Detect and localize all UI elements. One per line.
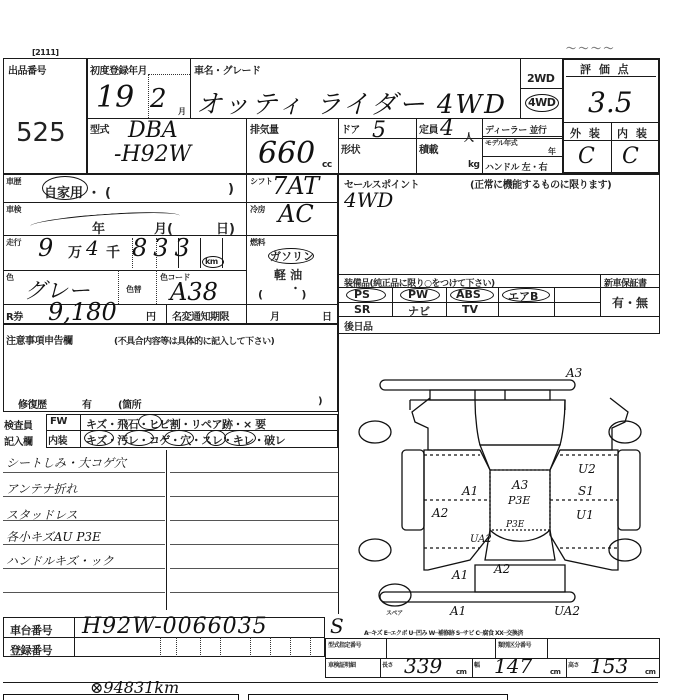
- exterior-label: 外 装: [570, 125, 602, 141]
- repair-value: 有: [82, 396, 92, 411]
- displacement-value: 660: [258, 136, 315, 171]
- drive-4wd: 4WD: [528, 96, 555, 109]
- interior-label: 内 装: [617, 125, 649, 141]
- repair-label: 修復歴: [18, 396, 47, 411]
- mileage-man: 9: [38, 234, 53, 262]
- mark-roof-sub: P3E: [508, 494, 530, 507]
- model-label: 型式: [90, 121, 109, 136]
- color-code: A38: [170, 278, 218, 306]
- model-code-line2: -H92W: [114, 142, 191, 167]
- spare-label: スペア: [386, 608, 403, 617]
- car-name: オッティ ライダー 4WD: [196, 84, 507, 121]
- capacity-label: 定員: [419, 121, 438, 136]
- mark-rear-bumper-right: UA2: [554, 604, 580, 618]
- note-line-2: アンテナ折れ: [6, 480, 78, 497]
- equip-airbag: エアB: [508, 288, 538, 304]
- equip-abs: ABS: [456, 288, 481, 301]
- shift-label: シフト: [250, 176, 273, 187]
- displacement-label: 排気量: [250, 121, 279, 136]
- width-value: 147: [494, 654, 532, 678]
- mark-right-front-door2: S1: [578, 484, 594, 498]
- score-label: 評 価 点: [580, 61, 631, 77]
- equip-sr: SR: [354, 303, 370, 316]
- entry-label: 記入欄: [4, 433, 33, 448]
- first-reg-month: 2: [150, 84, 167, 114]
- dims-label: 車検証明細: [328, 660, 356, 669]
- inspection-label: 車検: [6, 204, 21, 215]
- fw-label: FW: [50, 416, 67, 427]
- mileage-sen: 4: [86, 236, 99, 260]
- length-label: 長さ: [382, 660, 393, 669]
- car-damage-diagram: [340, 360, 660, 620]
- registration-label: 登録番号: [10, 642, 52, 658]
- note-line-1: シートしみ・大コゲ穴: [6, 454, 126, 471]
- lot-number-label: 出品番号: [8, 62, 46, 77]
- length-value: 339: [404, 654, 442, 678]
- mark-right-rear-door: U1: [576, 508, 594, 522]
- width-label: 幅: [474, 660, 480, 669]
- history-label: 車歴: [6, 176, 21, 187]
- shape-label: 形状: [341, 141, 360, 156]
- history-circle: [42, 176, 88, 200]
- damage-legend: A─キズ E─エクボ U─凹み W─補修跡 S─サビ C─腐食 XX─交換済: [364, 628, 523, 637]
- note-line-4: 各小キズAU P3E: [6, 528, 101, 545]
- name-change-label: 名変通知期限: [172, 308, 229, 323]
- chassis-value: H92W-0066035: [82, 614, 268, 639]
- mileage-rest: 833: [132, 234, 196, 262]
- recycle-label: R券: [6, 308, 23, 323]
- mark-right-front-door: U2: [578, 462, 596, 476]
- interior-inspect-label: 内装: [48, 432, 67, 447]
- model-year-label: モデル年式: [485, 139, 535, 147]
- mark-roof-sub2: P3E: [506, 520, 524, 530]
- first-reg-label: 初度登録年月: [90, 62, 147, 77]
- warranty-value: 有・無: [612, 294, 648, 311]
- mark-rear-left-quarter: A1: [452, 568, 468, 582]
- interior-grade: C: [622, 144, 639, 169]
- mileage-unit: km: [205, 257, 218, 266]
- category-label: 類別区分番号: [498, 640, 531, 649]
- load-label: 積載: [419, 141, 438, 156]
- repair-location: (箇所: [118, 396, 141, 411]
- ac-label: 冷房: [250, 204, 265, 215]
- model-code-line1: DBA: [128, 118, 178, 143]
- mark-left-front-door: A1: [462, 484, 478, 498]
- lot-number: 525: [16, 118, 66, 148]
- mark-top-bumper: A3: [566, 366, 582, 380]
- mark-rear-bumper-left: A1: [450, 604, 466, 618]
- notice-label: 注意事項申告欄: [6, 332, 73, 347]
- dealer-label: ディーラー 並行: [485, 123, 546, 136]
- sales-point-value: 4WD: [344, 188, 393, 212]
- exterior-grade: C: [578, 144, 595, 169]
- score-value: 3.5: [588, 86, 633, 119]
- top-faint-text: ～ ～ ～ ～: [566, 40, 613, 55]
- handle-label: ハンドル 左・右: [485, 160, 547, 173]
- mark-roof: A3: [512, 478, 528, 492]
- shift-value: 7AT: [272, 172, 319, 200]
- equip-tv: TV: [462, 303, 478, 316]
- equip-pw: PW: [408, 288, 428, 301]
- fuel-gasoline: ガソリン: [270, 248, 314, 264]
- doors-value: 5: [372, 118, 386, 143]
- sheet-code: [2111]: [32, 48, 59, 57]
- color-change-label: 色替: [126, 284, 141, 295]
- type-cert-label: 型式指定番号: [328, 640, 361, 649]
- ac-value: AC: [278, 200, 314, 228]
- notice-note: (不具合内容等は具体的に記入して下さい): [114, 334, 274, 347]
- mark-pillar: UA2: [470, 534, 492, 545]
- mark-left-rear-door: A2: [432, 506, 448, 520]
- mark-trunk: A2: [494, 562, 510, 576]
- height-label: 高さ: [568, 660, 579, 669]
- chassis-label: 車台番号: [10, 622, 52, 638]
- first-reg-year: 19: [96, 80, 134, 115]
- drive-2wd: 2WD: [527, 72, 554, 85]
- chassis-suffix: S: [330, 614, 344, 638]
- inspector-label: 検査員: [4, 417, 33, 432]
- note-line-5: ハンドルキズ・ック: [6, 552, 114, 569]
- doors-label: ドア: [341, 121, 360, 136]
- color-label: 色: [6, 272, 14, 283]
- mileage-label: 走行: [6, 237, 21, 248]
- sales-point-note: (正常に機能するものに限ります): [470, 176, 611, 191]
- fuel-label: 燃料: [250, 237, 265, 248]
- height-value: 153: [590, 654, 628, 678]
- aftermarket-label: 後日品: [344, 318, 373, 333]
- equip-ps: PS: [354, 288, 370, 301]
- recycle-value: 9,180: [48, 298, 117, 326]
- car-name-label: 車名・グレード: [194, 62, 261, 77]
